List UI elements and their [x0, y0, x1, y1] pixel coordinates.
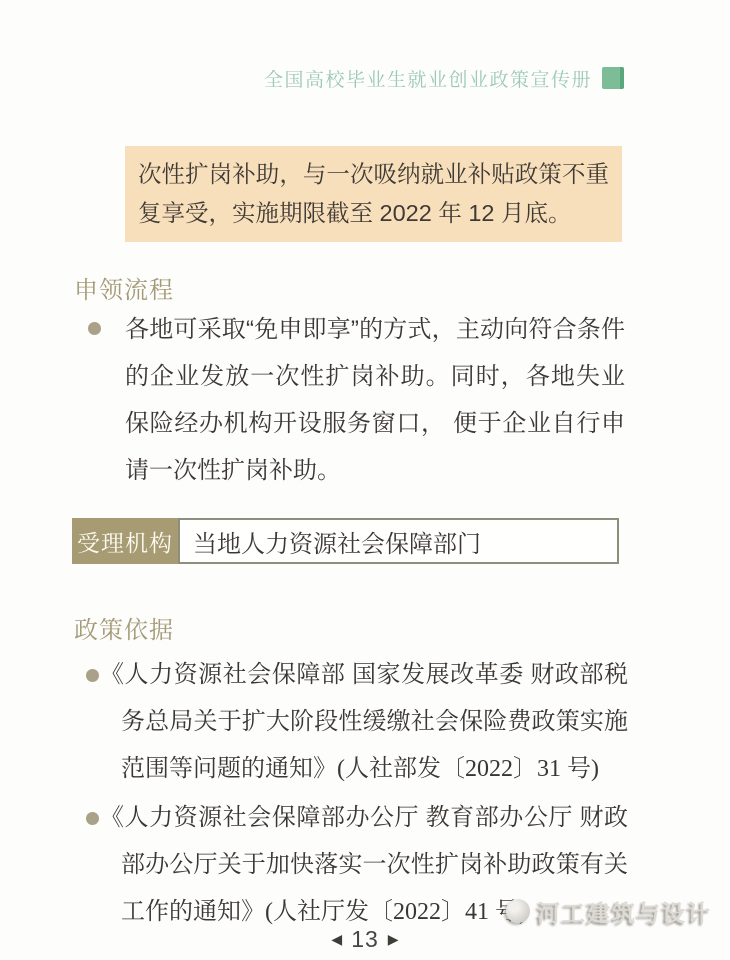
bullet-dot-icon [88, 322, 101, 335]
next-page-icon[interactable]: ▶ [388, 931, 399, 948]
apply-process-text: 各地可采取“免申即享”的方式，主动向符合条件的企业发放一次性扩岗补助。同时，各地… [125, 306, 625, 494]
watermark-text: 河工建筑与设计 [537, 895, 712, 928]
highlight-callout: 次性扩岗补助，与一次吸纳就业补贴政策不重复享受，实施期限截至 2022 年 12… [125, 146, 622, 242]
brochure-page: 全国高校毕业生就业创业政策宣传册 次性扩岗补助，与一次吸纳就业补贴政策不重复享受… [0, 0, 730, 960]
page-number: 13 [351, 926, 379, 953]
prev-page-icon[interactable]: ◀ [331, 931, 342, 948]
bullet-dot-icon [86, 669, 99, 682]
section-heading-policy-basis: 政策依据 [74, 610, 174, 645]
accepting-agency-label: 受理机构 [72, 518, 178, 564]
bullet-dot-icon [86, 812, 99, 825]
accepting-agency-value: 当地人力资源社会保障部门 [178, 518, 619, 564]
section-heading-apply-process: 申领流程 [74, 270, 174, 305]
page-header: 全国高校毕业生就业创业政策宣传册 [0, 64, 730, 92]
watermark-logo-icon [506, 899, 530, 923]
brochure-title: 全国高校毕业生就业创业政策宣传册 [264, 65, 592, 92]
booklet-icon [602, 67, 624, 89]
watermark: 河工建筑与设计 [506, 893, 712, 929]
policy-item-text: 《人力资源社会保障部 国家发展改革委 财政部税务总局关于扩大阶段性缓缴社会保险费… [100, 662, 628, 782]
accepting-agency-row: 受理机构 当地人力资源社会保障部门 [72, 518, 619, 564]
page-navigation: ◀ 13 ▶ [0, 926, 730, 953]
policy-item: 《人力资源社会保障部 国家发展改革委 财政部税务总局关于扩大阶段性缓缴社会保险费… [100, 652, 628, 793]
